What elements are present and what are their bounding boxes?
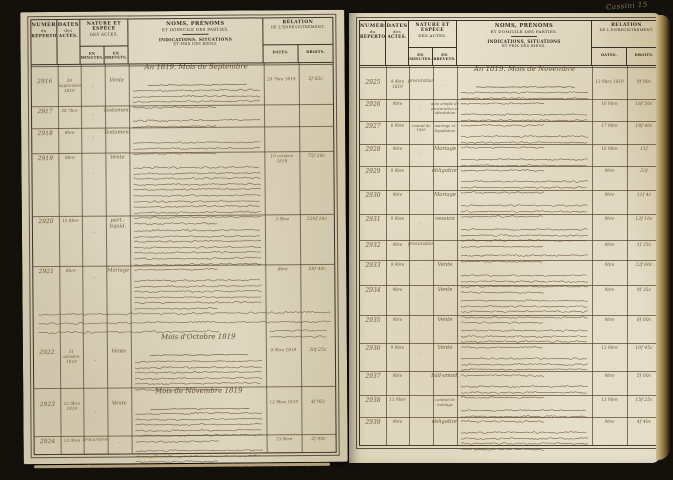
entry-number: 2935	[361, 318, 385, 325]
row-separator	[360, 166, 661, 167]
entry-number: 2927	[361, 124, 385, 131]
registration-date: 9bre	[593, 420, 626, 425]
entry-brevets-dash: -	[109, 441, 131, 447]
entry-date: 8bre	[59, 131, 80, 136]
entry-minutes-dash: -	[84, 410, 106, 416]
column-rule	[409, 65, 410, 445]
entry-nature-brevets: Vente	[103, 78, 131, 84]
column-header-noms: NOMS, PRÉNOMSET DOMICILE DES PARTIES.IND…	[457, 21, 592, 65]
row-separator	[360, 144, 661, 145]
registration-date: 9bre	[593, 288, 626, 293]
entry-minutes-dash: -	[82, 85, 104, 91]
column-rule	[433, 65, 434, 445]
entry-minutes-dash: -	[410, 106, 432, 112]
entry-minutes-dash: -	[410, 151, 432, 157]
registration-date: 18 9bre	[593, 147, 626, 152]
entry-number: 2925	[361, 80, 385, 87]
entry-number: 2924	[36, 439, 60, 446]
entry-nature-brevets: Vente	[105, 401, 133, 407]
scanned-register-spread: NUMÉROSduRÉPERTOIRE.DATESdesACTES.NATURE…	[0, 0, 673, 480]
header-rule	[511, 36, 537, 37]
repertoire-table: NUMÉROSduRÉPERTOIRE.DATESdesACTES.NATURE…	[359, 20, 662, 446]
header-label: ET DOMICILE DES PARTIES.	[128, 26, 262, 32]
entry-minutes-dash: -	[410, 351, 432, 357]
entry-minutes-dash: -	[82, 112, 104, 118]
registration-fee: 29f 40c	[301, 267, 333, 272]
entry-number: 2916	[33, 79, 57, 86]
header-rule	[182, 34, 208, 35]
column-rule	[81, 64, 85, 454]
column-header-numeros: NUMÉROSduRÉPERTOIRE.	[31, 20, 57, 64]
registration-fee: 75f 20c	[300, 154, 332, 159]
row-separator	[360, 190, 661, 191]
column-header-rel-droits: DROITS.	[298, 44, 332, 62]
entry-number: 2926	[361, 102, 385, 109]
entry-minutes-dash: -	[82, 135, 104, 141]
header-label: NATURE ET ESPÈCE	[409, 23, 456, 33]
row-separator	[360, 343, 661, 344]
entry-number: 2932	[361, 243, 385, 250]
column-header-numeros: NUMÉROSduRÉPERTOIRE.	[360, 21, 386, 65]
column-header-noms: NOMS, PRÉNOMSET DOMICILE DES PARTIES.IND…	[128, 18, 263, 63]
entry-nature-brevets: part.-liquid.	[104, 218, 132, 230]
entry-nature-brevets: Vente	[103, 155, 131, 161]
book-fore-edge	[656, 15, 670, 460]
corner-annotation: Cassini 15	[606, 1, 648, 12]
entry-number: 2928	[361, 147, 385, 154]
table-body: An 1819. Mois de Novembre29254 9bre 1819…	[360, 65, 661, 445]
repertoire-table: NUMÉROSduRÉPERTOIRE.DATESdesACTES.NATURE…	[30, 17, 336, 455]
entry-minutes-dash: -	[410, 425, 432, 431]
entry-nature-brevets: Mariage	[431, 147, 459, 153]
column-header-en-brevets: EN BREVETS.	[104, 45, 128, 63]
row-separator	[360, 417, 661, 418]
registration-date: 9bre	[593, 193, 626, 198]
entry-minutes-dash: -	[84, 359, 106, 365]
entry-minutes-dash: -	[410, 222, 432, 228]
column-header-relation: RELATIONDE L'ENREGISTREMENT.	[263, 18, 332, 45]
column-header-nature: NATURE ET ESPÈCEDES ACTES.	[409, 21, 457, 47]
entry-date: 9bre	[387, 243, 408, 248]
entry-nature-brevets: acte simple de procuration et attestatio…	[431, 102, 459, 116]
entry-date: 30 7bre	[59, 109, 80, 114]
header-label: DE L'ENREGISTREMENT.	[263, 25, 332, 30]
row-separator	[360, 240, 661, 241]
registration-date: 13 9bre	[268, 437, 301, 442]
entry-nature-brevets: Vente	[431, 346, 459, 352]
registration-date: 12 9bre	[593, 346, 626, 351]
row-separator	[360, 445, 661, 446]
entry-date: 9bre	[387, 147, 408, 152]
entry-description-line	[460, 437, 544, 456]
entry-number: 2923	[35, 402, 59, 409]
entry-nature-brevets: Vente	[431, 263, 459, 269]
left-page: NUMÉROSduRÉPERTOIRE.DATESdesACTES.NATURE…	[20, 10, 348, 465]
header-label: DES ACTES.	[80, 31, 127, 36]
entry-date: 9bre	[387, 374, 408, 379]
entry-minutes-dash: -	[82, 172, 104, 178]
entry-minutes-dash: -	[83, 276, 105, 282]
entry-date: 9 9bre	[387, 169, 408, 174]
header-label: ET PRIX DES BIENS.	[128, 41, 262, 46]
entry-date: 9 9bre	[387, 217, 408, 222]
entry-number: 2936	[361, 346, 385, 353]
header-label: ACTES.	[386, 34, 408, 39]
header-label: NATURE ET ESPÈCE	[80, 21, 127, 31]
column-rule	[457, 65, 458, 445]
header-label: RÉPERTOIRE.	[360, 34, 385, 39]
closing-statement-note	[269, 324, 327, 343]
entry-date: 9bre	[387, 193, 408, 198]
registration-date: 29 7bre 1819	[265, 77, 298, 82]
entry-number: 2939	[361, 420, 385, 427]
row-separator	[360, 315, 661, 316]
registration-date: 3 9bre	[266, 217, 299, 222]
entry-nature-brevets: bail-amod.	[431, 374, 459, 380]
header-label: ACTES.	[57, 33, 79, 38]
registration-date: 9bre	[593, 217, 626, 222]
column-header-relation: RELATIONDE L'ENREGISTREMENT.	[592, 21, 661, 47]
row-separator	[360, 214, 661, 215]
column-header-rel-dates: DATES.	[592, 47, 627, 65]
registration-date: 8bre	[266, 267, 299, 272]
registration-date: 13 9bre	[593, 398, 626, 403]
entry-minutes-dash: -	[410, 268, 432, 274]
entry-nature-minutes: procuration	[408, 243, 434, 248]
column-header-rel-dates: DATES.	[263, 44, 298, 62]
entry-date: 12 9bre 1819	[61, 402, 82, 412]
entry-number: 2922	[35, 350, 59, 357]
entry-date: 9bre	[387, 318, 408, 323]
column-rule	[592, 65, 593, 445]
header-label: ET PRIX DES BIENS.	[457, 44, 591, 48]
entry-minutes-dash: -	[410, 323, 432, 329]
entry-nature-brevets: obligation	[431, 420, 459, 426]
table-header: NUMÉROSduRÉPERTOIRE.DATESdesACTES.NATURE…	[360, 21, 661, 66]
entry-brevets-dash: -	[434, 246, 456, 252]
entry-number: 2921	[34, 269, 58, 276]
entry-nature-brevets: obligation	[431, 169, 459, 175]
entry-number: 2933	[361, 263, 385, 270]
registration-date: 9bre	[593, 169, 626, 174]
column-rule	[627, 65, 628, 445]
row-separator	[360, 260, 661, 261]
entry-nature-brevets: Testament	[103, 108, 131, 114]
entry-date: 8bre	[59, 156, 80, 161]
entry-date: 29 septembre 1819	[59, 79, 80, 94]
column-header-en-minutes: EN MINUTES.	[80, 46, 104, 64]
column-header-en-brevets: EN BREVETS.	[433, 47, 457, 65]
header-label: DES ACTES.	[409, 33, 456, 38]
row-separator	[360, 99, 661, 100]
month-section-heading: An 1819. Mois de Novembre	[457, 66, 592, 74]
registration-date: 16 9bre	[593, 102, 626, 107]
header-label: RÉPERTOIRE.	[31, 33, 56, 38]
row-separator	[360, 121, 661, 122]
column-rule	[105, 64, 109, 454]
row-separator	[360, 285, 661, 286]
entry-number: 2919	[33, 156, 57, 163]
entry-nature-brevets: cession	[431, 217, 459, 223]
registration-date: 9bre	[593, 263, 626, 268]
column-rule	[299, 62, 303, 452]
entry-date: 15 8bre	[60, 219, 81, 224]
entry-number: 2917	[33, 109, 57, 116]
registration-date: 9 9bre 1819	[267, 348, 300, 353]
entry-date: 13 9bre	[62, 439, 83, 444]
entry-date: 9bre	[387, 420, 408, 425]
row-separator	[360, 395, 661, 396]
entry-nature-minutes: procuration	[408, 80, 434, 85]
entry-date: 9bre	[387, 102, 408, 107]
entry-date: 9bre	[387, 288, 408, 293]
header-label: ET DOMICILE DES PARTIES.	[457, 29, 591, 34]
registration-fee: 220f 10c	[301, 217, 333, 222]
entry-number: 2929	[361, 169, 385, 176]
entry-nature-brevets: Vente	[105, 349, 133, 355]
entry-minutes-dash: -	[410, 173, 432, 179]
entry-date: 6 9bre	[387, 124, 408, 129]
registration-date: 12 9bre 1819	[267, 400, 300, 405]
entry-nature-brevets: contrat de mariage	[431, 398, 459, 407]
column-header-nature: NATURE ET ESPÈCEDES ACTES.	[80, 19, 128, 45]
entry-date: 9 9bre	[387, 263, 408, 268]
entry-number: 2938	[361, 398, 385, 405]
entry-nature-brevets: mariage et liquidation	[431, 124, 459, 133]
registration-fee: 30f 25c	[302, 348, 334, 353]
entry-number: 2920	[34, 219, 58, 226]
registration-date: 10 octobre 1819	[265, 154, 298, 163]
entry-brevets-dash: -	[434, 84, 456, 90]
entry-number: 2918	[33, 131, 57, 138]
entry-date: 4 9bre 1819	[387, 80, 408, 90]
registration-date: 13 9bre 1819	[593, 80, 626, 85]
column-rule	[386, 65, 387, 445]
right-page: NUMÉROSduRÉPERTOIRE.DATESdesACTES.NATURE…	[349, 13, 660, 463]
entry-minutes-dash: -	[410, 294, 432, 300]
entry-date: 31 octobre 1819	[61, 350, 82, 365]
entry-nature-brevets: Testament	[103, 130, 131, 136]
registration-date: 9bre	[593, 318, 626, 323]
column-header-dates: DATESdesACTES.	[386, 21, 409, 65]
registration-date: 9bre	[593, 243, 626, 248]
entry-nature-brevets: Vente	[431, 288, 459, 294]
entry-minutes-dash: -	[83, 231, 105, 237]
table-header: NUMÉROSduRÉPERTOIRE.DATESdesACTES.NATURE…	[31, 18, 332, 65]
registration-date: 9bre	[593, 374, 626, 379]
entry-date: 11 9bre	[387, 398, 408, 403]
column-header-dates: DATESdesACTES.	[57, 20, 80, 64]
column-rule	[58, 64, 62, 454]
entry-number: 2934	[361, 288, 385, 295]
column-header-en-minutes: EN MINUTES.	[409, 47, 433, 65]
entry-number: 2930	[361, 193, 385, 200]
row-separator	[360, 371, 661, 372]
entry-number: 2931	[361, 217, 385, 224]
entry-minutes-dash: -	[410, 378, 432, 384]
entry-nature-brevets: Mariage	[431, 193, 459, 199]
entry-date: 8bre	[60, 269, 81, 274]
header-label: DE L'ENREGISTREMENT.	[592, 28, 661, 32]
entry-nature-brevets: Mariage	[104, 268, 132, 274]
registration-fee: 4f 95c	[302, 400, 334, 405]
entry-date: 9 9bre	[387, 346, 408, 351]
registration-date: 17 9bre	[593, 124, 626, 129]
registration-fee: 5f 85c	[300, 77, 332, 82]
entry-nature-brevets: Vente	[431, 318, 459, 324]
entry-number: 2937	[361, 374, 385, 381]
table-body: An 1819. Mois de Septembre291629 septemb…	[32, 62, 336, 454]
entry-minutes-dash: -	[410, 197, 432, 203]
entry-minutes-dash: -	[410, 402, 432, 408]
entry-nature-minutes: procuration	[83, 439, 109, 444]
registration-fee: 2f 90c	[303, 437, 335, 442]
